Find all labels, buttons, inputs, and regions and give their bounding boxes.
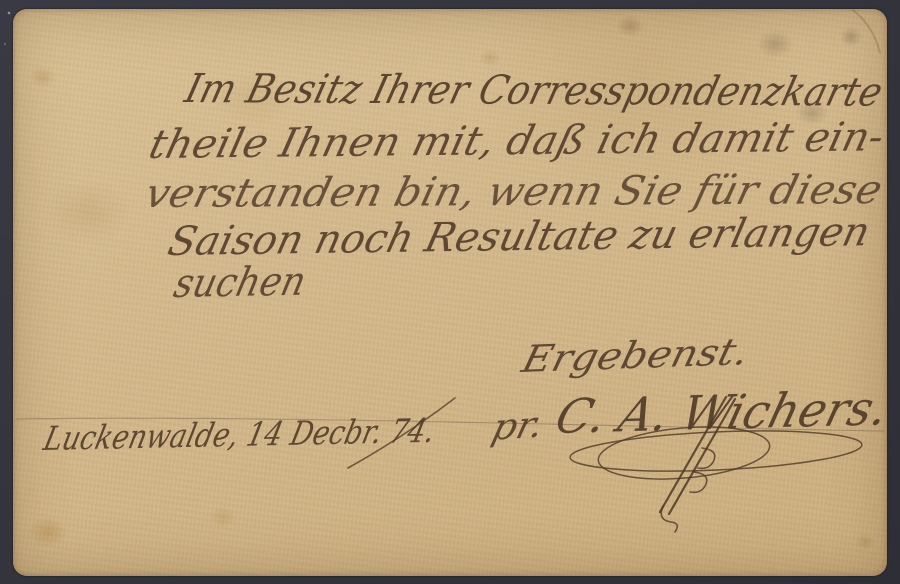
handwriting-line-4: Saison noch Resultate zu erlangen — [164, 208, 875, 265]
scanner-background: Im Besitz Ihrer Corresspondenzkarte thei… — [0, 0, 900, 584]
handwriting-line-5: suchen — [170, 257, 311, 307]
corner-crease — [853, 10, 880, 53]
handwriting-line-2: theile Ihnen mit, daß ich damit ein- — [145, 113, 889, 168]
paraph-tail-curl — [661, 506, 677, 532]
handwriting-layer: Im Besitz Ihrer Corresspondenzkarte thei… — [0, 0, 900, 584]
place-date-line: Luckenwalde, 14 Decbr. 74. — [39, 411, 439, 458]
signature-prefix: pr. — [488, 403, 549, 449]
handwriting-line-1: Im Besitz Ihrer Corresspondenzkarte — [180, 65, 888, 116]
signature-name: C. A. Wichers. — [550, 381, 894, 445]
closing-line: Ergebenst. — [517, 330, 754, 381]
